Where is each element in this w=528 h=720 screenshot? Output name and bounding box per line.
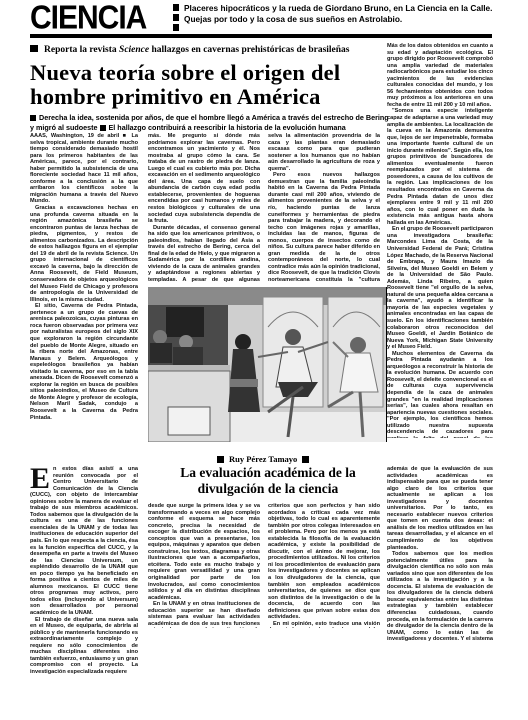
paragraph: Gracias a excavaciones hechas en una pro… [30, 205, 138, 303]
paragraph: Pero esos nuevos hallazgos demuestran qu… [268, 172, 380, 283]
article1-deck: Derecha la idea, sostenida por años, de … [30, 113, 390, 132]
paragraph: criterios que son perfectos y han sido a… [268, 503, 380, 621]
paragraph: En mi opinión, esto traduce una visión d… [268, 621, 380, 628]
article2-column-2: desde que surge la primera idea y se va … [148, 503, 260, 628]
paragraph: además de que la evaluación de sus activ… [387, 466, 493, 551]
article1-column-2: más. Me pregunto si dónde más podríamos … [148, 133, 260, 283]
paragraph: En la UNAM y en otras instituciones de e… [148, 601, 260, 628]
article1-column-3: selva la alimentación provendría de la c… [268, 133, 380, 283]
bullet-icon [302, 456, 309, 463]
article1-column-1: AAAS, Washington, 19 de abril ■ La selva… [30, 133, 138, 443]
article1-headline: Nueva teoría sobre el origen del hombre … [30, 61, 400, 109]
bullet-icon [217, 456, 224, 463]
article2-column-3: criterios que son perfectos y han sido a… [268, 503, 380, 628]
section-title: CIENCIA [30, 2, 146, 35]
paragraph: "Somos una especie inteligente capaz de … [387, 108, 493, 226]
bullet-icon [173, 14, 179, 21]
dancers-photo-illustration [148, 287, 386, 442]
article2-headline: La evaluación académica de la divulgació… [148, 465, 388, 497]
teaser-item[interactable]: Quejas por todo y la cosa de sus sueños … [184, 14, 524, 25]
paragraph: El sitio, Caverna de Pedra Pintada, pert… [30, 303, 138, 421]
section-teasers: Placeres hipocráticos y la rueda de Gior… [184, 3, 524, 24]
bullet-icon [100, 125, 106, 131]
bullet-icon [173, 4, 179, 11]
author-name: Ruy Pérez Tamayo [229, 454, 297, 464]
paragraph: selva la alimentación provendría de la c… [268, 133, 380, 172]
article2-byline: Ruy Pérez Tamayo [212, 454, 314, 464]
paragraph: Durante décadas, el consenso general ha … [148, 225, 260, 283]
paragraph: más. Me pregunto si dónde más podríamos … [148, 133, 260, 225]
paragraph: Muchos elementos de Caverna da Pedra Pin… [387, 351, 493, 438]
teaser-item[interactable]: Placeres hipocráticos y la rueda de Gior… [184, 3, 524, 14]
paragraph: desde que surge la primera idea y se va … [148, 503, 260, 601]
bullet-icon [30, 115, 36, 121]
article2-column-1: En estos días asistí a una reunión convo… [30, 466, 138, 716]
paragraph: AAAS, Washington, 19 de abril ■ La selva… [30, 133, 138, 205]
column-divider [386, 287, 387, 442]
magazine-name: Science [119, 45, 149, 55]
section-masthead: CIENCIA Placeres hipocráticos y la rueda… [30, 2, 510, 34]
paragraph: En estos días asistí a una reunión convo… [30, 466, 138, 617]
paragraph: Todos sabemos que los medios potencialme… [387, 551, 493, 642]
bullet-icon [173, 24, 179, 31]
teaser-bullets [173, 4, 181, 34]
drop-cap: E [30, 467, 50, 491]
article1-photo [148, 287, 386, 442]
bullet-icon [30, 45, 38, 52]
article2-column-4: además de que la evaluación de sus activ… [387, 466, 493, 642]
article1-column-4: Más de los datos obtenidos en cuanto a s… [387, 43, 493, 438]
masthead-rule [30, 34, 492, 38]
paragraph: El trabajo de diseñar una nueva sala en … [30, 617, 138, 676]
paragraph: Más de los datos obtenidos en cuanto a s… [387, 43, 493, 108]
paragraph: En el grupo de Roosevelt participaron un… [387, 226, 493, 350]
article1-kicker: Reporta la revista Science hallazgos en … [30, 45, 350, 55]
